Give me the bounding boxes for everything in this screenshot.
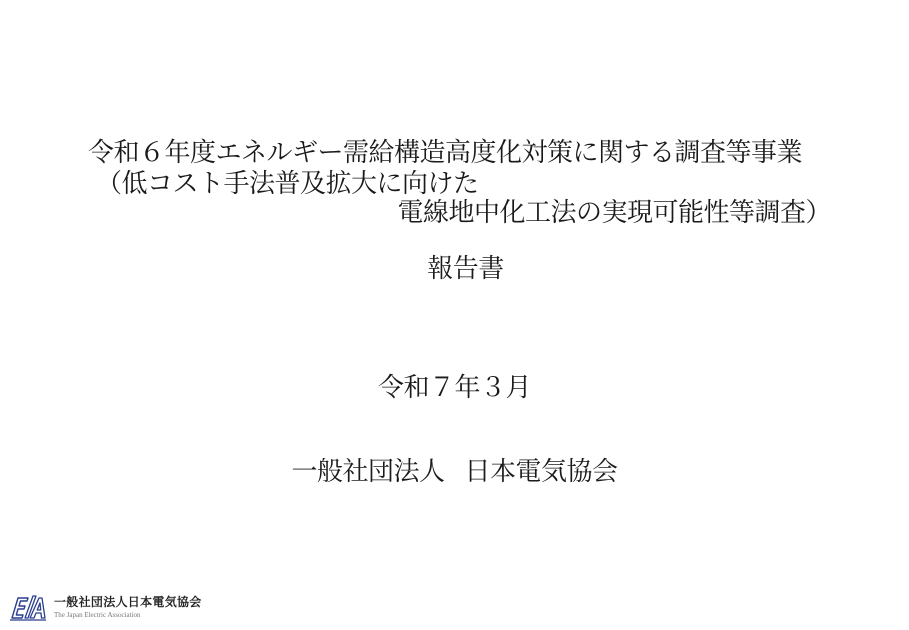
- footer-logo: 一般社団法人日本電気協会 The Japan Electric Associat…: [8, 592, 202, 622]
- logo-name-jp: 一般社団法人日本電気協会: [54, 595, 202, 609]
- report-label: 報告書: [0, 254, 909, 284]
- logo-text: 一般社団法人日本電気協会 The Japan Electric Associat…: [54, 595, 202, 620]
- publication-date: 令和７年３月: [0, 373, 909, 403]
- logo-name-en: The Japan Electric Association: [54, 610, 202, 620]
- title-line-1: 令和６年度エネルギー需給構造高度化対策に関する調査等事業: [88, 138, 830, 168]
- organization-name: 一般社団法人日本電気協会: [0, 457, 909, 487]
- organization-title: 日本電気協会: [465, 457, 618, 487]
- document-cover-page: 令和６年度エネルギー需給構造高度化対策に関する調査等事業 （低コスト手法普及拡大…: [0, 0, 909, 630]
- jea-logo-icon: [8, 592, 48, 622]
- title-line-3: 電線地中化工法の実現可能性等調査）: [397, 198, 831, 228]
- title-line-2: （低コスト手法普及拡大に向けた: [96, 169, 479, 199]
- organization-type: 一般社団法人: [291, 457, 444, 487]
